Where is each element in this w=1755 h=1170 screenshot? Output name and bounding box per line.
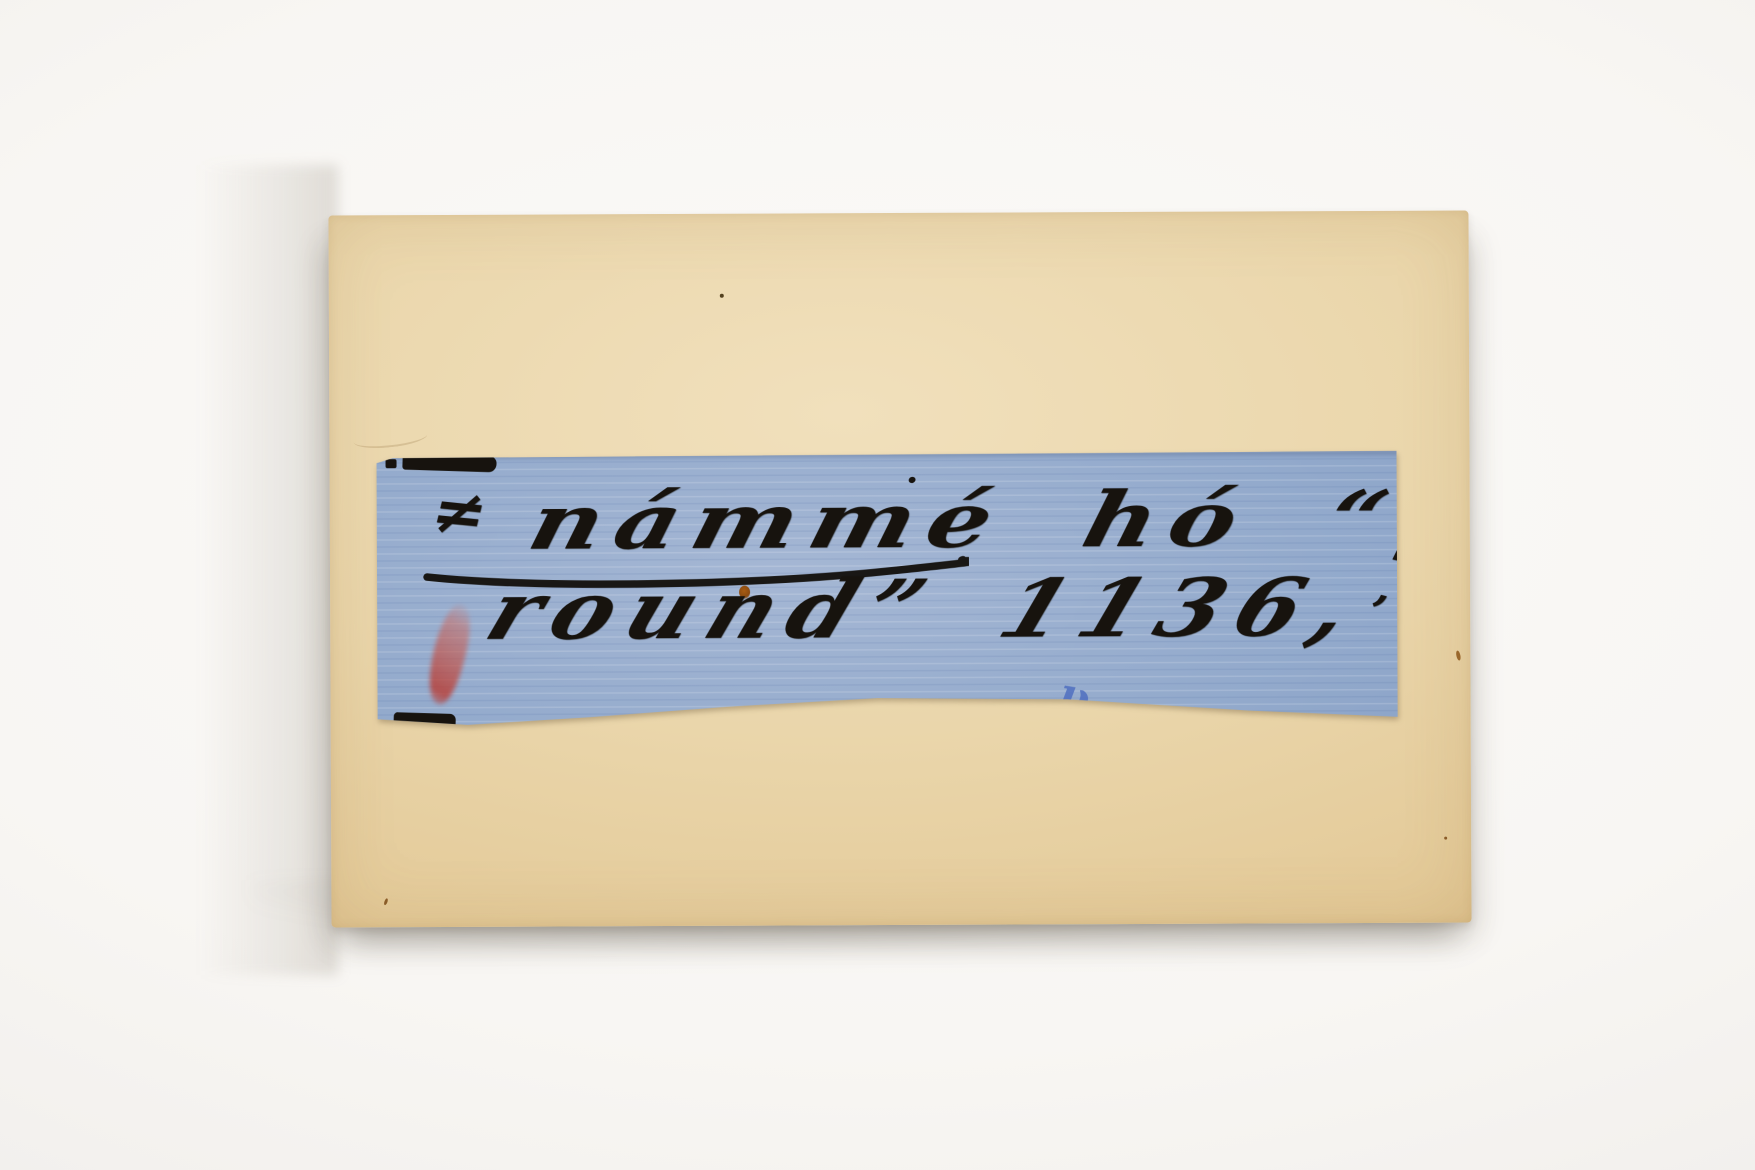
- handwriting-line-1: námmé hó “go: [522, 480, 1570, 561]
- cropped-ink-mark-nub: [386, 459, 397, 468]
- card-speck: [720, 294, 724, 298]
- handwriting-line-2: round” 1136, 21;: [477, 566, 1648, 651]
- inequality-symbol: ≠: [425, 479, 494, 547]
- card-speck: [1444, 837, 1447, 840]
- cropped-ink-mark-top-left: [402, 454, 496, 473]
- photo-stage: ≠ námmé hó “go round” 1136, 21; ’ ʋ: [0, 0, 1755, 1170]
- red-crayon-smudge: [420, 601, 478, 708]
- cropped-ink-mark-bottom-left: [393, 712, 455, 730]
- card-speck: [383, 898, 388, 906]
- card-fiber-fleck: [1455, 650, 1461, 661]
- background-left-shadow: [198, 165, 338, 975]
- blue-paper-surface: ≠ námmé hó “go round” 1136, 21; ’ ʋ: [376, 451, 1397, 727]
- blue-paper-slip: ≠ námmé hó “go round” 1136, 21; ’ ʋ: [376, 451, 1397, 727]
- card-crease: [353, 425, 429, 451]
- mount-card: ≠ námmé hó “go round” 1136, 21; ’ ʋ: [328, 211, 1471, 928]
- blue-pencil-annotation: ʋ: [1055, 668, 1094, 723]
